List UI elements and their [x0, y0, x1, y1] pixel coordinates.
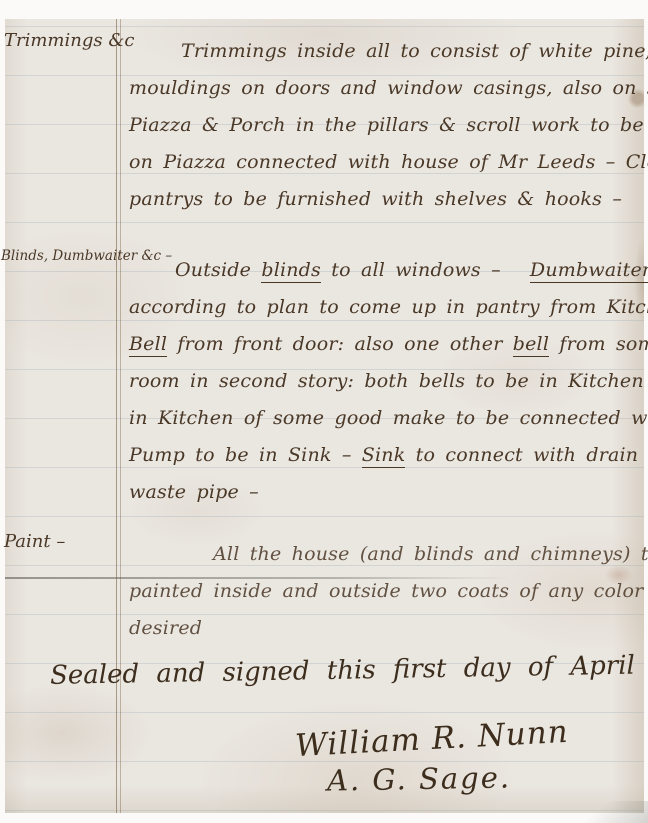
text-segment: desired: [129, 617, 202, 639]
text-segment: from front door: also one other: [167, 333, 513, 355]
text-segment: Trimmings inside all to consist of white…: [181, 40, 648, 62]
signature-a-g-sage: A. G. Sage.: [327, 760, 512, 797]
text-segment: to all windows –: [321, 259, 501, 281]
text-segment: waste pipe –: [129, 481, 259, 503]
text-segment: pantrys to be furnished with shelves & h…: [129, 188, 622, 210]
handwriting-line: pantrys to be furnished with shelves & h…: [129, 181, 644, 218]
section-body-paint: All the house (and blinds and chimneys) …: [129, 536, 644, 647]
underlined-word: bell: [513, 333, 549, 357]
section-body-trimmings: Trimmings inside all to consist of white…: [129, 33, 644, 218]
text-segment: All the house (and blinds and chimneys) …: [213, 543, 648, 565]
section-body-blinds-dumbwaiter: Outside blinds to all windows – Dumbwait…: [129, 252, 644, 511]
section-label-paint: Paint –: [4, 531, 65, 552]
underlined-word: Dumbwaiter: [530, 259, 648, 283]
handwriting-line: according to plan to come up in pantry f…: [129, 289, 644, 326]
handwriting-line: desired: [129, 610, 644, 647]
handwriting-line: Piazza & Porch in the pillars & scroll w…: [129, 107, 644, 144]
text-segment: from some: [549, 333, 648, 355]
corner-shadow: [578, 801, 648, 823]
text-segment: Outside: [175, 259, 261, 281]
text-segment: according to plan to come up in pantry f…: [129, 296, 648, 318]
handwriting-line: Bell from front door: also one other bel…: [129, 326, 644, 363]
text-segment: painted inside and outside two coats of …: [129, 580, 643, 602]
manuscript-page: Trimmings &c Trimmings inside all to con…: [0, 0, 648, 823]
handwriting-line: Trimmings inside all to consist of white…: [129, 33, 644, 70]
handwriting-line: in Kitchen of some good make to be conne…: [129, 400, 644, 437]
underlined-word: blinds: [261, 259, 321, 283]
margin-rule: [116, 19, 121, 813]
text-segment: on Piazza connected with house of Mr Lee…: [129, 151, 648, 173]
text-segment: to connect with drain by: [405, 444, 648, 466]
text-segment: Piazza & Porch in the pillars & scroll w…: [129, 114, 648, 136]
text-segment: in Kitchen of some good make to be conne…: [129, 407, 648, 429]
underlined-word: Bell: [129, 333, 167, 357]
handwriting-line: waste pipe –: [129, 474, 644, 511]
handwriting-line: on Piazza connected with house of Mr Lee…: [129, 144, 644, 181]
section-label-trimmings: Trimmings &c: [4, 30, 134, 51]
handwriting-line: room in second story: both bells to be i…: [129, 363, 644, 400]
handwriting-line: mouldings on doors and window casings, a…: [129, 70, 644, 107]
text-segment: mouldings on doors and window casings, a…: [129, 77, 648, 99]
text-segment: room in second story: both bells to be i…: [129, 370, 648, 392]
handwriting-line: Pump to be in Sink – Sink to connect wit…: [129, 437, 644, 474]
handwriting-line: painted inside and outside two coats of …: [129, 573, 644, 610]
text-segment: Pump to be in Sink –: [129, 444, 362, 466]
underlined-word: Sink: [362, 444, 406, 468]
handwriting-line: Outside blinds to all windows – Dumbwait…: [129, 252, 644, 289]
text-segment: [501, 259, 530, 281]
handwriting-line: All the house (and blinds and chimneys) …: [129, 536, 644, 573]
